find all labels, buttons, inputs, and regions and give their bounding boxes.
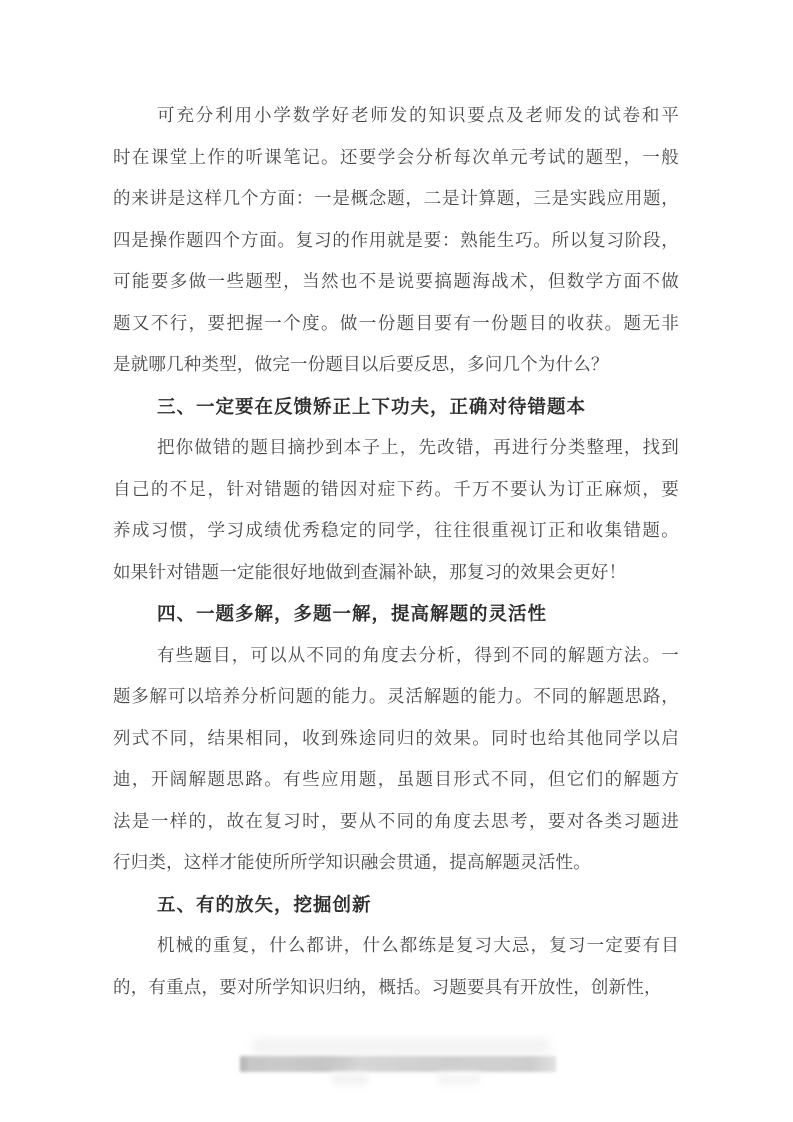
text-line: 把你做错的题目摘抄到本子上，先改错，再进行分类整理，找到 bbox=[113, 427, 679, 469]
watermark-fuzz bbox=[332, 1073, 368, 1085]
section-heading: 三、一定要在反馈矫正上下功夫，正确对待错题本 bbox=[113, 386, 679, 428]
watermark-fuzz bbox=[438, 1073, 480, 1085]
text-line: 题多解可以培养分析问题的能力。灵活解题的能力。不同的解题思路， bbox=[113, 676, 679, 718]
text-line: 如果针对错题一定能很好地做到查漏补缺，那复习的效果会更好！ bbox=[113, 552, 679, 594]
blurred-watermark bbox=[240, 1056, 556, 1072]
text-line: 时在课堂上作的听课笔记。还要学会分析每次单元考试的题型，一般 bbox=[113, 137, 679, 179]
section-heading: 五、有的放矢，挖掘创新 bbox=[113, 884, 679, 926]
paragraph: 可充分利用小学数学好老师发的知识要点及老师发的试卷和平时在课堂上作的听课笔记。还… bbox=[113, 95, 679, 386]
watermark-halo bbox=[252, 1039, 550, 1054]
paragraph: 把你做错的题目摘抄到本子上，先改错，再进行分类整理，找到自己的不足，针对错题的错… bbox=[113, 427, 679, 593]
document-body: 可充分利用小学数学好老师发的知识要点及老师发的试卷和平时在课堂上作的听课笔记。还… bbox=[113, 95, 679, 1008]
text-line: 可充分利用小学数学好老师发的知识要点及老师发的试卷和平 bbox=[113, 95, 679, 137]
text-line: 题又不行，要把握一个度。做一份题目要有一份题目的收获。题无非 bbox=[113, 303, 679, 345]
text-line: 的，有重点，要对所学知识归纳，概括。习题要具有开放性，创新性， bbox=[113, 967, 679, 1009]
text-line: 自己的不足，针对错题的错因对症下药。千万不要认为订正麻烦，要 bbox=[113, 469, 679, 511]
paragraph: 有些题目，可以从不同的角度去分析，得到不同的解题方法。一题多解可以培养分析问题的… bbox=[113, 635, 679, 884]
text-line: 养成习惯，学习成绩优秀稳定的同学，往往很重视订正和收集错题。 bbox=[113, 510, 679, 552]
text-line: 行归类，这样才能使所所学知识融会贯通，提高解题灵活性。 bbox=[113, 842, 679, 884]
text-line: 迪，开阔解题思路。有些应用题，虽题目形式不同，但它们的解题方 bbox=[113, 759, 679, 801]
text-line: 可能要多做一些题型，当然也不是说要搞题海战术，但数学方面不做 bbox=[113, 261, 679, 303]
text-line: 的来讲是这样几个方面：一是概念题，二是计算题，三是实践应用题， bbox=[113, 178, 679, 220]
text-line: 机械的重复，什么都讲，什么都练是复习大忌，复习一定要有目 bbox=[113, 925, 679, 967]
text-line: 是就哪几种类型，做完一份题目以后要反思，多问几个为什么？ bbox=[113, 344, 679, 386]
document-page: 可充分利用小学数学好老师发的知识要点及老师发的试卷和平时在课堂上作的听课笔记。还… bbox=[0, 0, 793, 1122]
text-line: 有些题目，可以从不同的角度去分析，得到不同的解题方法。一 bbox=[113, 635, 679, 677]
text-line: 法是一样的，故在复习时，要从不同的角度去思考，要对各类习题进 bbox=[113, 801, 679, 843]
text-line: 列式不同，结果相同，收到殊途同归的效果。同时也给其他同学以启 bbox=[113, 718, 679, 760]
text-line: 四是操作题四个方面。复习的作用就是要：熟能生巧。所以复习阶段， bbox=[113, 220, 679, 262]
paragraph: 机械的重复，什么都讲，什么都练是复习大忌，复习一定要有目的，有重点，要对所学知识… bbox=[113, 925, 679, 1008]
section-heading: 四、一题多解，多题一解，提高解题的灵活性 bbox=[113, 593, 679, 635]
